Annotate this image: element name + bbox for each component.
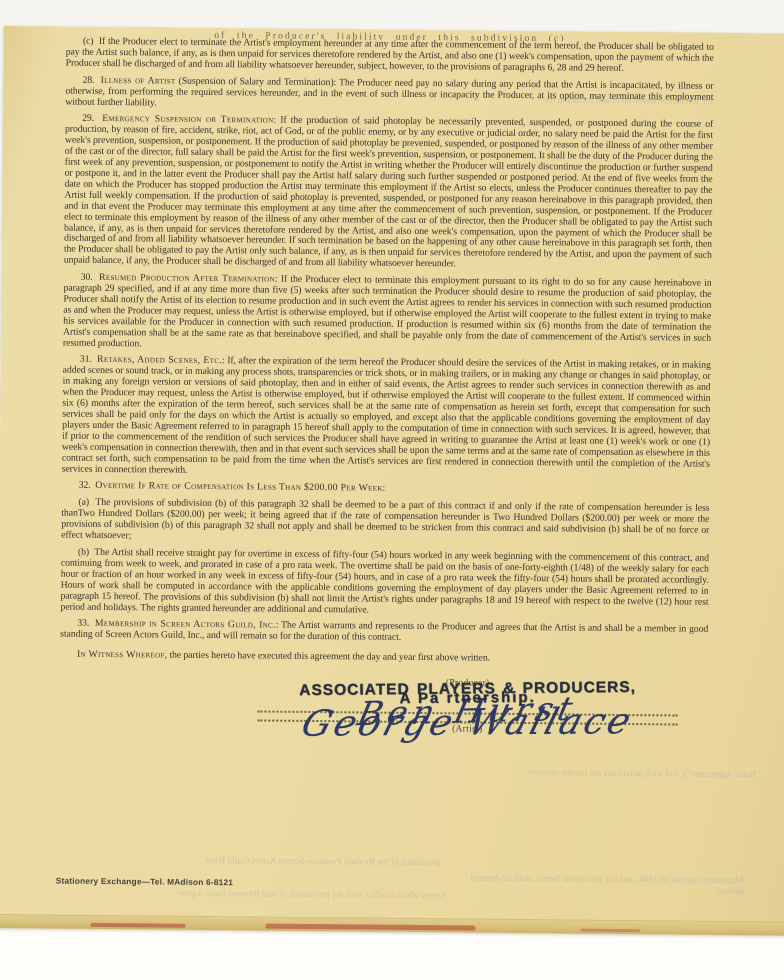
show-through-text: provisions of the Revised Producer-Scree…: [76, 855, 441, 870]
show-through-text: "Basic Agreement"), and such provisions …: [395, 767, 760, 782]
signature-block: (Producer) ASSOCIATED PLAYERS & PRODUCER…: [255, 677, 680, 738]
paragraph-heading-note: :: [273, 115, 276, 126]
paragraph-c: (c) If the Producer elect to terminate t…: [66, 37, 714, 76]
producer-stamp: ASSOCIATED PLAYERS & PRODUCERS, A Pa rtn…: [256, 682, 680, 706]
paragraph-heading: Retakes, Added Scenes, Etc.: [97, 354, 222, 366]
paragraph-32b: (b) The Artist shall receive straight pa…: [60, 548, 709, 620]
paragraph-heading-note: (Suspension of Salary and Termination):: [175, 75, 336, 88]
paragraph-30: 30. Resumed Production After Termination…: [63, 273, 712, 356]
paragraph-number: 32.: [79, 480, 91, 491]
contract-text-column: of the Producer's liability under this s…: [59, 30, 714, 738]
paragraph-31: 31. Retakes, Added Scenes, Etc.: If, aft…: [62, 355, 711, 481]
red-ink-mark: [580, 929, 640, 933]
paragraph-number: 28.: [82, 74, 94, 85]
contract-paragraphs: (c) If the Producer elect to terminate t…: [60, 37, 714, 667]
paragraph-32: 32. Overtime If Rate of Compensation Is …: [62, 481, 710, 498]
paragraph-32a: (a) The provisions of subdivision (b) of…: [61, 498, 709, 548]
paragraph-lead: (a): [78, 497, 89, 508]
paragraph-heading-note: :: [383, 483, 386, 494]
paragraph-heading-note: :: [275, 274, 278, 285]
paragraph-heading: Resumed Production After Termination: [99, 272, 275, 285]
paragraph-heading-note: ,: [165, 650, 167, 661]
paragraph-28: 28. Illness of Artist (Suspension of Sal…: [65, 75, 713, 114]
paragraph-33: 33. Membership in Screen Actors Guild, I…: [60, 619, 708, 647]
paragraph-heading: Emergency Suspension or Termination: [102, 113, 273, 126]
show-through-text: Minimum Contract of 1948, and any provis…: [464, 873, 744, 898]
paragraph-heading-note: :: [222, 356, 225, 367]
paragraph-heading: In Witness Whereof: [77, 649, 165, 661]
contract-page: for services rendered up to and includin…: [0, 26, 784, 936]
paragraph-29: 29. Emergency Suspension or Termination:…: [64, 114, 713, 273]
show-through-text: herein which conflict with the provision…: [74, 888, 446, 903]
paragraph-heading-note: :: [276, 620, 279, 631]
paragraph-number: 31.: [80, 354, 92, 365]
paragraph-lead: (b): [78, 547, 89, 558]
stationery-footer: Stationery Exchange—Tel. MAdison 6-8121: [56, 876, 233, 888]
paragraph-heading: Membership in Screen Actors Guild, Inc.: [95, 618, 276, 631]
paragraph-number: 29.: [82, 113, 94, 124]
paragraph-number: 33.: [77, 618, 89, 629]
paragraph-witness: In Witness Whereof, the parties hereto h…: [60, 650, 708, 667]
paragraph-number: 30.: [81, 272, 93, 283]
paragraph-heading: Overtime If Rate of Compensation Is Less…: [95, 480, 382, 494]
paragraph-lead: (c): [83, 36, 94, 47]
paragraph-heading: Illness of Artist: [101, 75, 176, 87]
